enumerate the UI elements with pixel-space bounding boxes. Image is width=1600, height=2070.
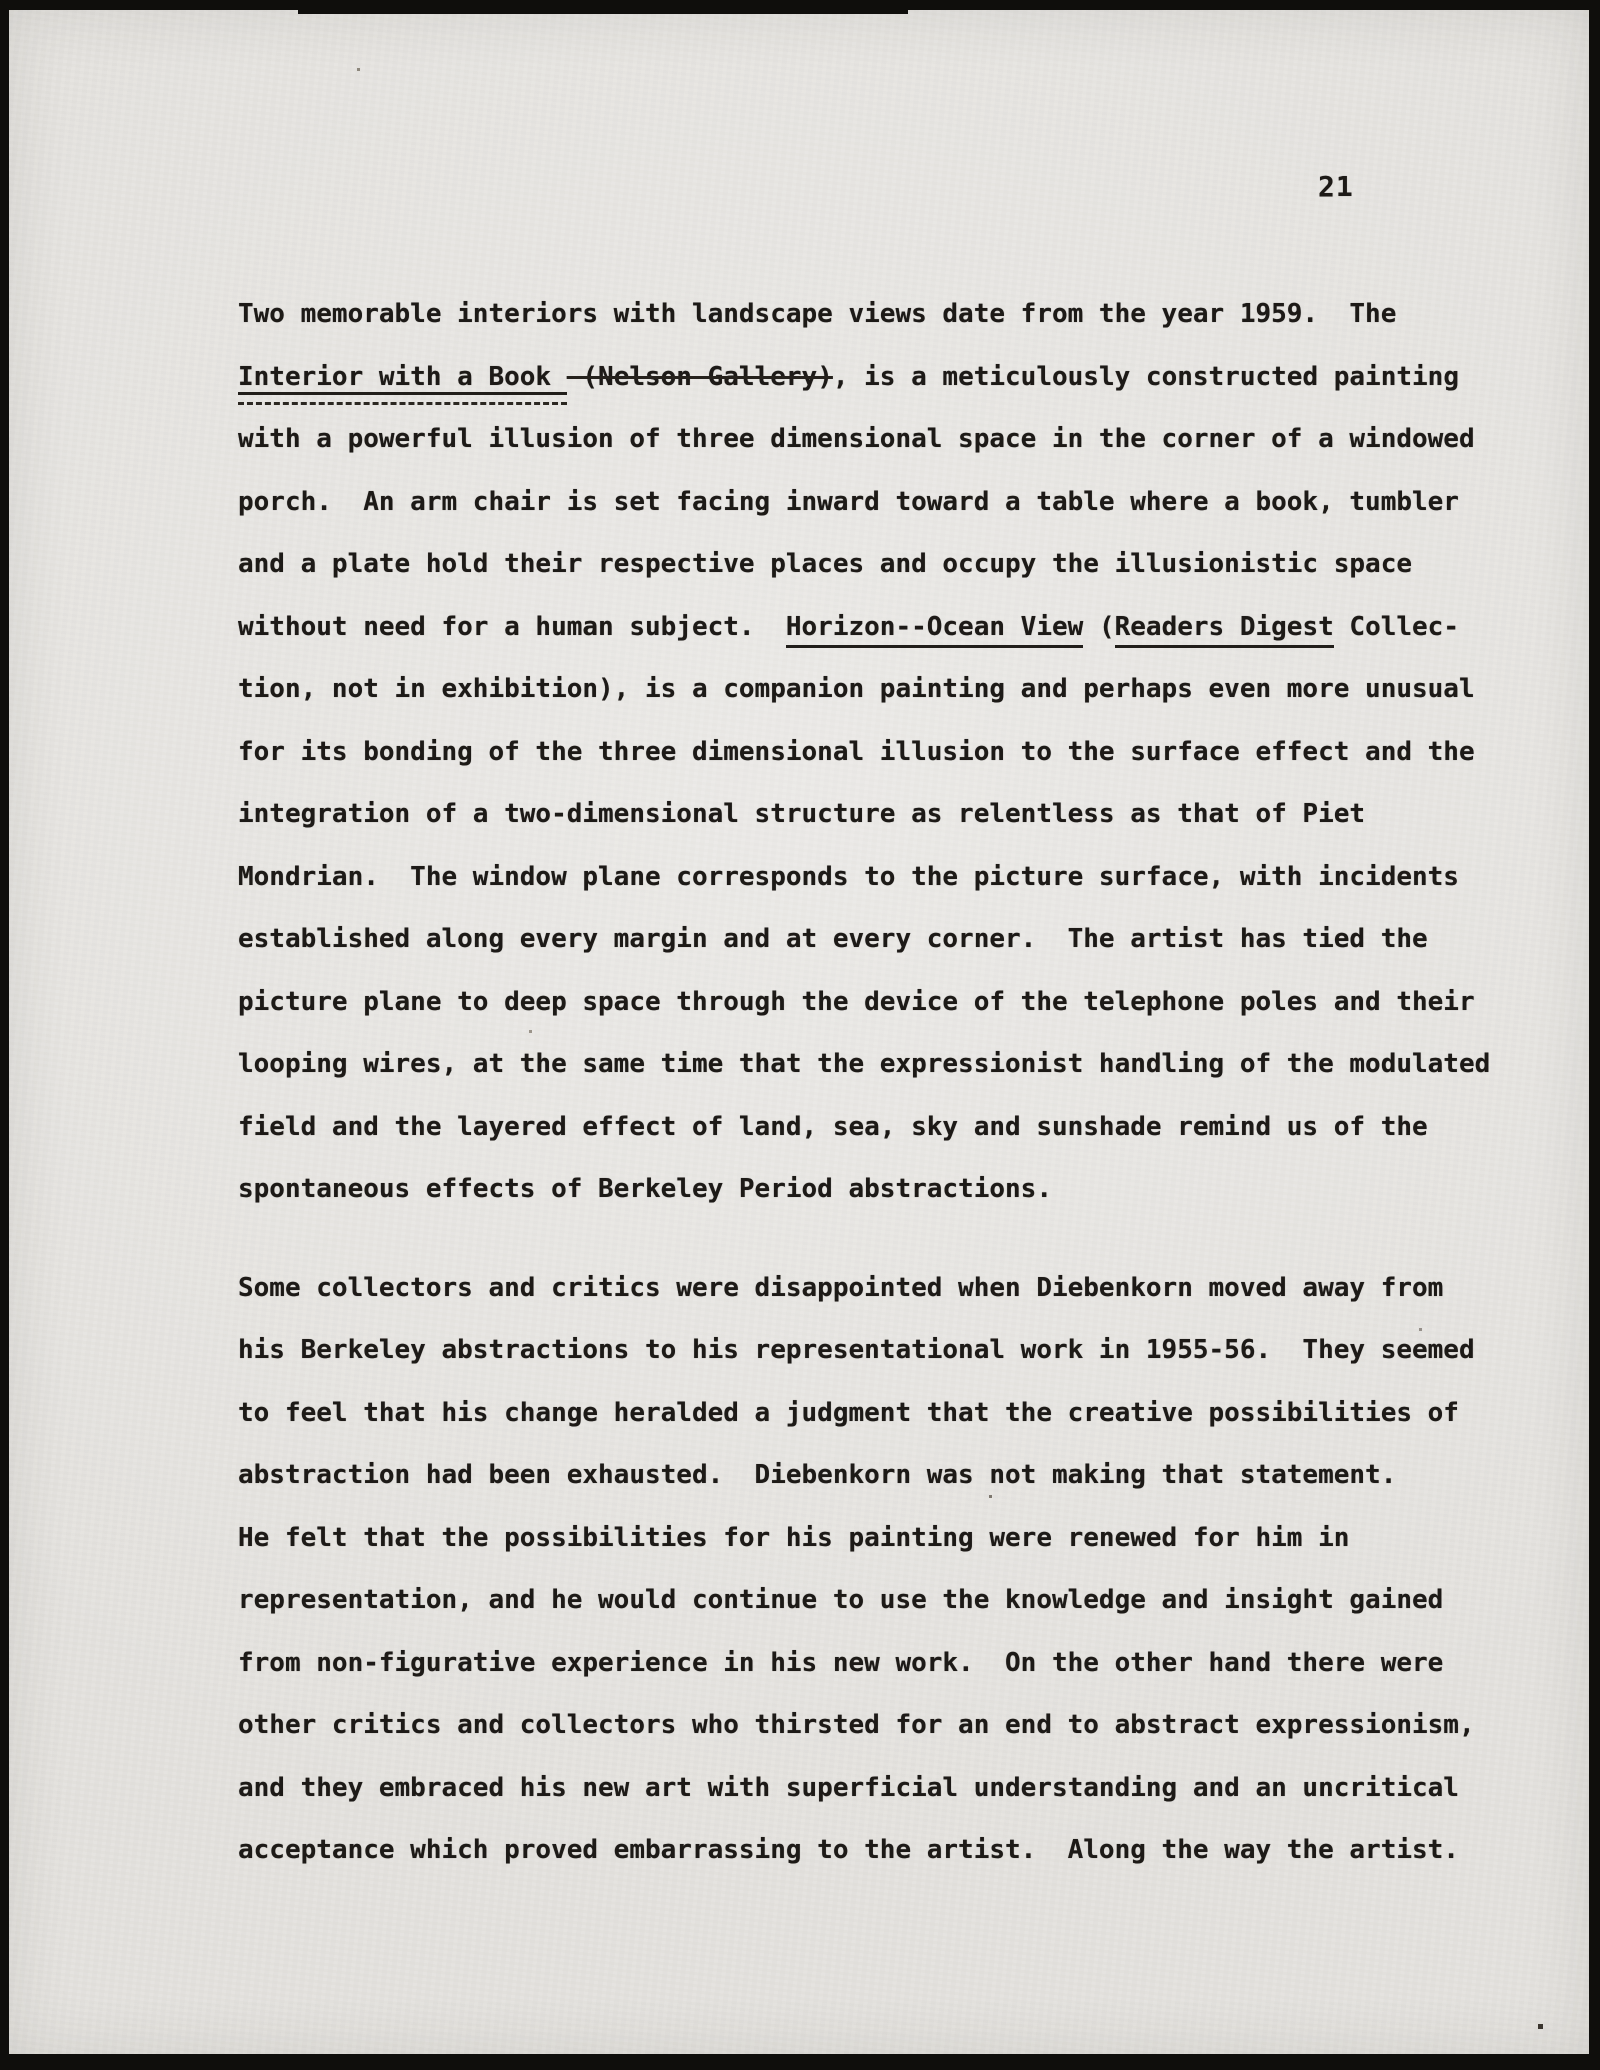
text-run: , is a meticulously constructed painting (833, 362, 1459, 392)
text-run: He felt that the possibilities for his p… (238, 1523, 1349, 1553)
text-run: Mondrian. The window plane corresponds t… (238, 862, 1459, 892)
text-line: without need for a human subject. Horizo… (238, 596, 1558, 659)
page-number: 21 (1318, 170, 1354, 203)
text-line: spontaneous effects of Berkeley Period a… (238, 1158, 1558, 1221)
scan-edge-artifact (298, 0, 908, 14)
text-line: He felt that the possibilities for his p… (238, 1507, 1558, 1570)
text-run: Two memorable interiors with landscape v… (238, 299, 1396, 329)
text-run: field and the layered effect of land, se… (238, 1112, 1428, 1142)
text-run: picture plane to deep space through the … (238, 987, 1475, 1017)
text-run: to feel that his change heralded a judgm… (238, 1398, 1459, 1428)
text-run: and they embraced his new art with super… (238, 1773, 1459, 1803)
text-run: from non-figurative experience in his ne… (238, 1648, 1443, 1678)
text-line: looping wires, at the same time that the… (238, 1033, 1558, 1096)
text-line: his Berkeley abstractions to his represe… (238, 1319, 1558, 1382)
text-run: established along every margin and at ev… (238, 924, 1428, 954)
text-line: porch. An arm chair is set facing inward… (238, 471, 1558, 534)
text-line: and they embraced his new art with super… (238, 1757, 1558, 1820)
struck-text: (Nelson Gallery) (567, 362, 833, 392)
text-line: and a plate hold their respective places… (238, 533, 1558, 596)
text-line: field and the layered effect of land, se… (238, 1096, 1558, 1159)
text-run: ( (1083, 612, 1114, 642)
scanned-document: 21 Two memorable interiors with landscap… (0, 0, 1600, 2070)
text-run: tion, not in exhibition), is a companion… (238, 674, 1475, 704)
text-line: from non-figurative experience in his ne… (238, 1632, 1558, 1695)
text-run: representation, and he would continue to… (238, 1585, 1443, 1615)
text-run: looping wires, at the same time that the… (238, 1049, 1490, 1079)
text-line: other critics and collectors who thirste… (238, 1694, 1558, 1757)
text-line: Two memorable interiors with landscape v… (238, 283, 1558, 346)
text-run: integration of a two-dimensional structu… (238, 799, 1365, 829)
text-line: established along every margin and at ev… (238, 908, 1558, 971)
text-line: Interior with a Book (Nelson Gallery), i… (238, 346, 1558, 409)
document-page: 21 Two memorable interiors with landscap… (9, 10, 1589, 2054)
text-line: tion, not in exhibition), is a companion… (238, 658, 1558, 721)
text-line: with a powerful illusion of three dimens… (238, 408, 1558, 471)
text-run: his Berkeley abstractions to his represe… (238, 1335, 1475, 1365)
text-run: acceptance which proved embarrassing to … (238, 1835, 1459, 1865)
underlined-title: Horizon--Ocean View (786, 612, 1083, 648)
text-run: without need for a human subject. (238, 612, 786, 642)
text-run: and a plate hold their respective places… (238, 549, 1412, 579)
text-line: to feel that his change heralded a judgm… (238, 1382, 1558, 1445)
text-run: Some collectors and critics were disappo… (238, 1273, 1443, 1303)
paragraph: Some collectors and critics were disappo… (238, 1257, 1558, 1882)
text-line: abstraction had been exhausted. Diebenko… (238, 1444, 1558, 1507)
paragraph: Two memorable interiors with landscape v… (238, 283, 1558, 1221)
text-run: porch. An arm chair is set facing inward… (238, 487, 1459, 517)
text-line: acceptance which proved embarrassing to … (238, 1819, 1558, 1882)
text-run: abstraction had been exhausted. Diebenko… (238, 1460, 1396, 1490)
underlined-title: Readers Digest (1115, 612, 1334, 648)
text-line: integration of a two-dimensional structu… (238, 783, 1558, 846)
underlined-title: Interior with a Book (238, 362, 567, 405)
text-line: Mondrian. The window plane corresponds t… (238, 846, 1558, 909)
text-line: representation, and he would continue to… (238, 1569, 1558, 1632)
text-run: other critics and collectors who thirste… (238, 1710, 1475, 1740)
document-text: Two memorable interiors with landscape v… (238, 283, 1558, 1882)
text-line: Some collectors and critics were disappo… (238, 1257, 1558, 1320)
text-run: Collec- (1334, 612, 1459, 642)
text-line: for its bonding of the three dimensional… (238, 721, 1558, 784)
text-run: spontaneous effects of Berkeley Period a… (238, 1174, 1052, 1204)
text-run: with a powerful illusion of three dimens… (238, 424, 1475, 454)
text-line: picture plane to deep space through the … (238, 971, 1558, 1034)
text-run: for its bonding of the three dimensional… (238, 737, 1475, 767)
